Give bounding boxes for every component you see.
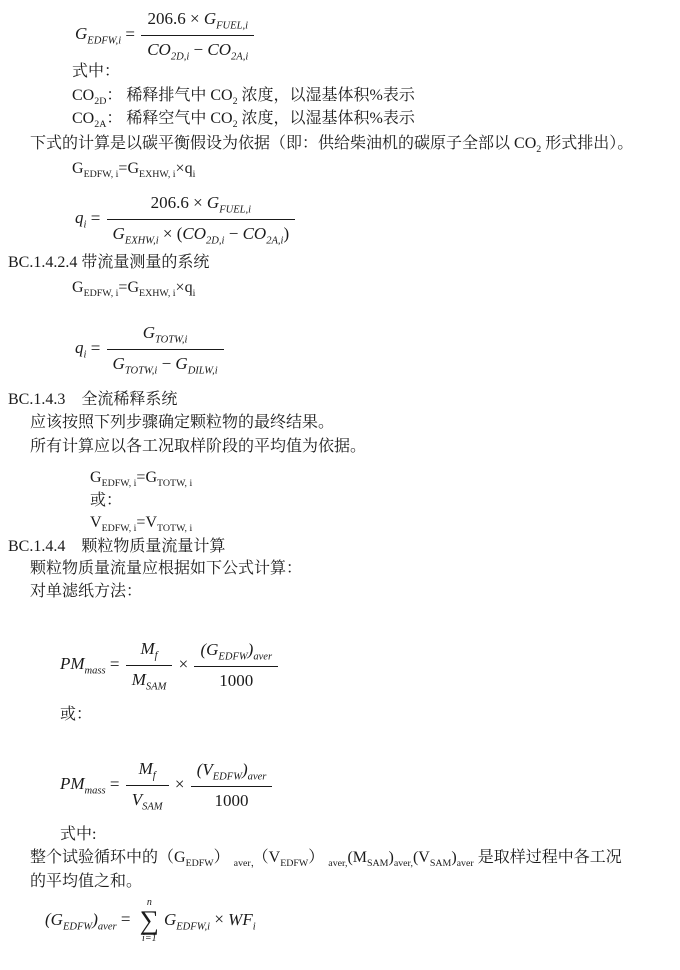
document-page: GEDFW,i = 206.6 × GFUEL,iCO2D,i − CO2A,i… <box>0 0 680 970</box>
formula-pm-mass-v: PMmass = MfVSAM × (VEDFW)aver1000 <box>60 758 274 813</box>
heading-bc1424: BC.1.4.2.4 带流量测量的系统 <box>8 252 209 274</box>
formula-gedfw-gtotw: GEDFW, i=GTOTW, i <box>90 467 192 489</box>
paragraph-pm-mass-flow: 颗粒物质量流量应根据如下公式计算： <box>30 558 302 580</box>
definition-co2a: CO2A： 稀释空气中 CO2 浓度，以湿基体积%表示 <box>72 108 415 130</box>
or-label-2: 或： <box>60 704 92 726</box>
heading-bc143: BC.1.4.3 全流稀释系统 <box>8 389 177 411</box>
heading-bc144: BC.1.4.4 颗粒物质量流量计算 <box>8 536 225 558</box>
definition-co2d: CO2D： 稀释排气中 CO2 浓度，以湿基体积%表示 <box>72 85 415 107</box>
paragraph-aver-definition-cont: 的平均值之和。 <box>30 871 142 893</box>
formula-qi-totw: qi = GTOTW,iGTOTW,i − GDILW,i <box>75 322 226 377</box>
carbon-balance-note: 下式的计算是以碳平衡假设为依据（即：供给柴油机的碳原子全部以 CO2 形式排出）… <box>30 133 633 155</box>
paragraph-single-filter: 对单滤纸方法： <box>30 581 142 603</box>
paragraph-average-basis: 所有计算应以各工况取样阶段的平均值为依据。 <box>30 436 366 458</box>
where-label: 式中： <box>72 61 120 83</box>
formula-qi-fuel: qi = 206.6 × GFUEL,iGEXHW,i × (CO2D,i − … <box>75 192 297 247</box>
formula-gedfw-inline-2: GEDFW, i=GEXHW, i×qi <box>72 277 195 299</box>
formula-gedfw-aver-sum: (GEDFW)aver = n∑i=1GEDFW,i × WFi <box>45 898 256 944</box>
paragraph-final-result: 应该按照下列步骤确定颗粒物的最终结果。 <box>30 412 334 434</box>
formula-vedfw-vtotw: VEDFW, i=VTOTW, i <box>90 512 192 534</box>
formula-gedfw-carbon-balance: GEDFW,i = 206.6 × GFUEL,iCO2D,i − CO2A,i <box>75 8 256 63</box>
paragraph-aver-definition: 整个试验循环中的（GEDFW） aver，（VEDFW） aver,(MSAM)… <box>30 847 622 869</box>
formula-gedfw-inline: GEDFW, i=GEXHW, i×qi <box>72 158 195 180</box>
where-label-2: 式中: <box>60 824 96 846</box>
or-label: 或： <box>90 490 122 512</box>
formula-pm-mass-g: PMmass = MfMSAM × (GEDFW)aver1000 <box>60 638 280 693</box>
